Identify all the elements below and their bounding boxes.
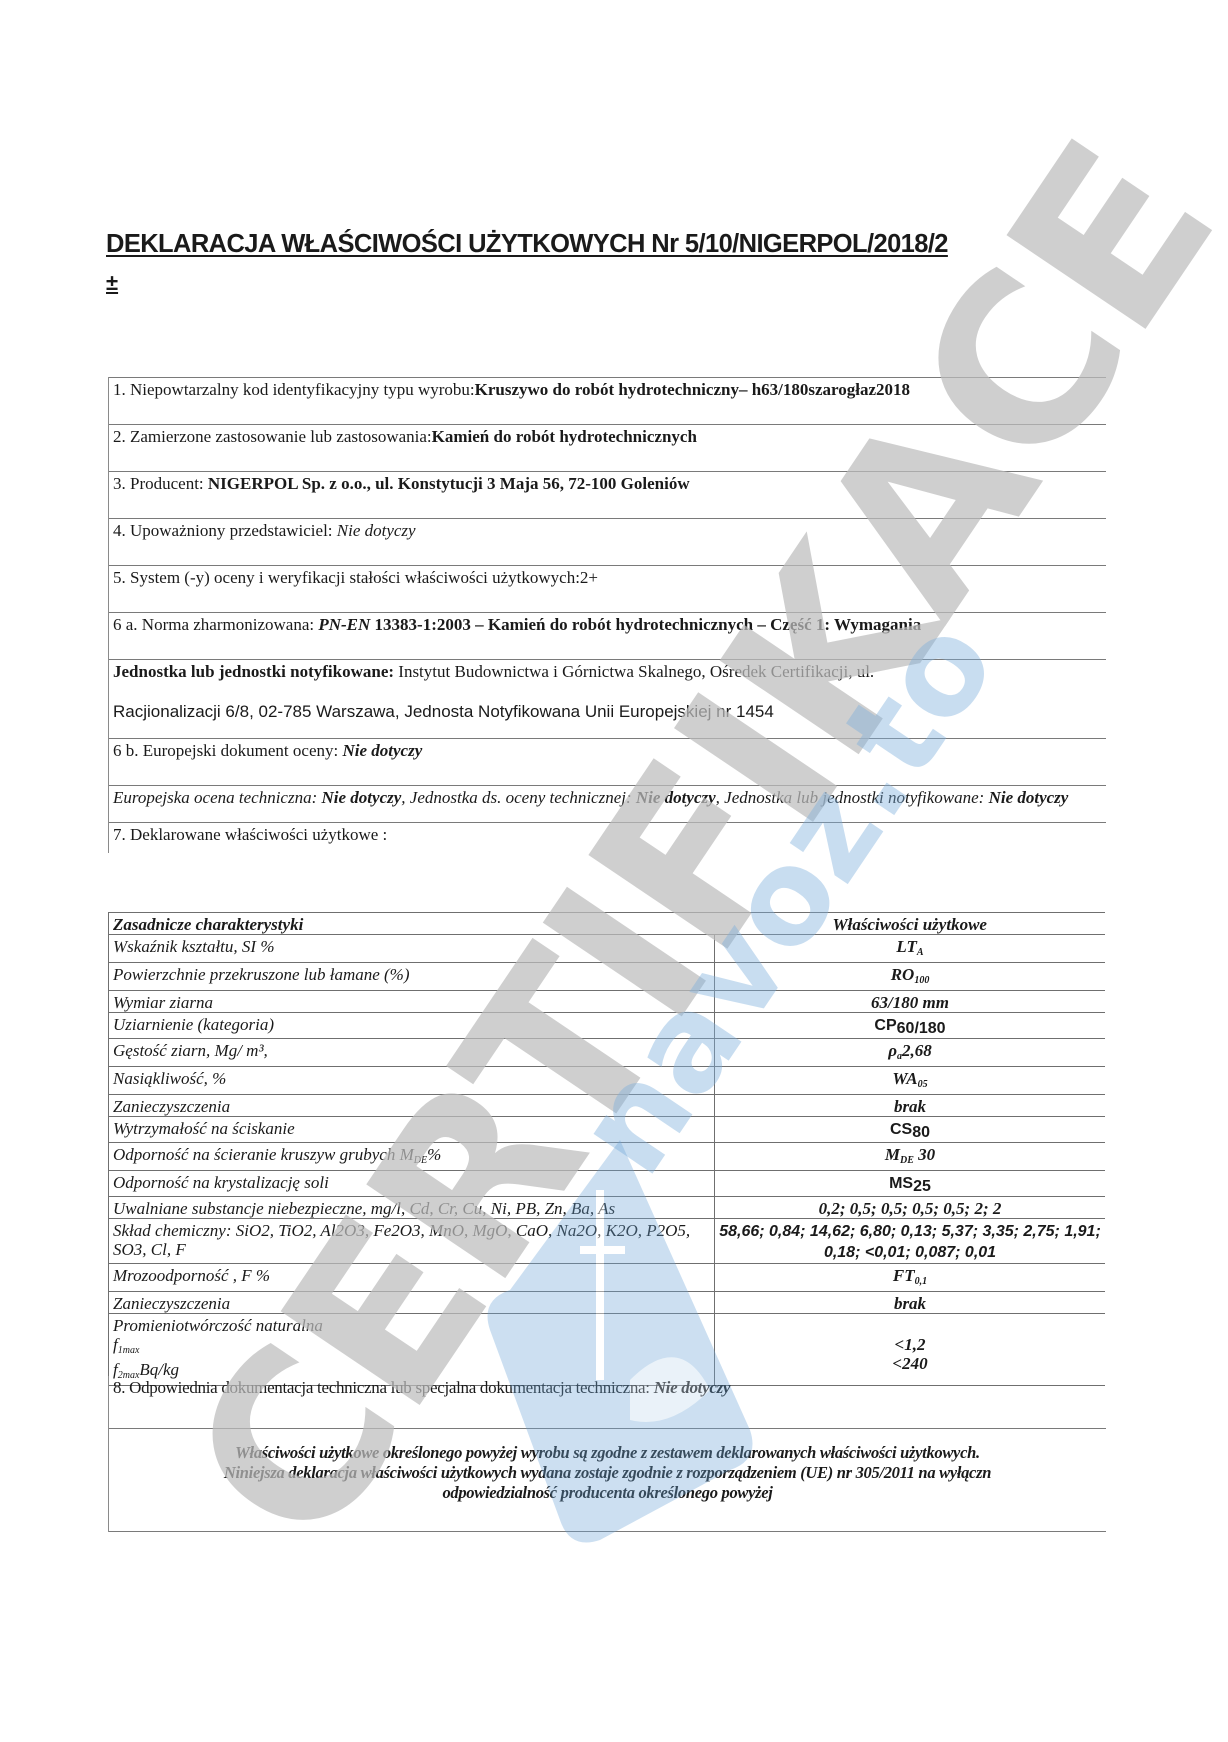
property-row-radioactivity: Promieniotwórczość naturalnaf1maxf2maxBq… xyxy=(109,1314,1106,1386)
property-name: Powierzchnie przekruszone lub łamane (%) xyxy=(109,963,715,991)
section-6b-ead: 6 b. Europejski dokument oceny: Nie doty… xyxy=(109,738,1106,785)
property-name: Zanieczyszczenia xyxy=(109,1095,715,1117)
authorised-rep-value: Nie dotyczy xyxy=(337,521,416,540)
property-name: Odporność na krystalizację soli xyxy=(109,1171,715,1197)
property-value: MDE 30 xyxy=(715,1143,1106,1171)
section-2-intended-use: 2. Zamierzone zastosowanie lub zastosowa… xyxy=(109,424,1106,471)
property-value: brak xyxy=(715,1095,1106,1117)
property-value: 58,66; 0,84; 14,62; 6,80; 0,13; 5,37; 3,… xyxy=(715,1219,1106,1264)
section-3-manufacturer: 3. Producent: NIGERPOL Sp. z o.o., ul. K… xyxy=(109,471,1106,518)
property-name: Zanieczyszczenia xyxy=(109,1292,715,1314)
property-name: Wskaźnik kształtu, SI % xyxy=(109,935,715,963)
section-6a-harmonised-standard: 6 a. Norma zharmonizowana: PN-EN 13383-1… xyxy=(109,612,1106,659)
property-name: Gęstość ziarn, Mg/ m³, xyxy=(109,1039,715,1067)
property-name: Wytrzymałość na ściskanie xyxy=(109,1117,715,1143)
section-8-and-closing: 8. Odpowiednia dokumentacja techniczna l… xyxy=(108,1376,1106,1532)
property-row: Zanieczyszczeniabrak xyxy=(109,1095,1106,1117)
property-value: CP60/180 xyxy=(715,1013,1106,1039)
notified-body: Jednostka lub jednostki notyfikowane: In… xyxy=(109,659,1106,692)
ead-value: Nie dotyczy xyxy=(342,741,422,760)
section-7-declared-performance: 7. Deklarowane właściwości użytkowe : xyxy=(109,822,1106,853)
closing-statement: Właściwości użytkowe określonego powyżej… xyxy=(109,1428,1106,1532)
property-row: Nasiąkliwość, %WA05 xyxy=(109,1067,1106,1095)
property-name: Odporność na ścieranie kruszyw grubych M… xyxy=(109,1143,715,1171)
property-value: <1,2<240 xyxy=(715,1314,1106,1386)
section-1-product-code: 1. Niepowtarzalny kod identyfikacyjny ty… xyxy=(109,377,1106,424)
property-value: 0,2; 0,5; 0,5; 0,5; 0,5; 2; 2 xyxy=(715,1197,1106,1219)
header-performance: Właściwości użytkowe xyxy=(715,913,1106,935)
property-name: Uziarnienie (kategoria) xyxy=(109,1013,715,1039)
property-value: WA05 xyxy=(715,1067,1106,1095)
property-value: 63/180 mm xyxy=(715,991,1106,1013)
avcp-system-value: 2+ xyxy=(580,568,598,587)
property-name: Mrozoodporność , F % xyxy=(109,1264,715,1292)
property-row: Gęstość ziarn, Mg/ m³,ρa2,68 xyxy=(109,1039,1106,1067)
property-row: Powierzchnie przekruszone lub łamane (%)… xyxy=(109,963,1106,991)
declaration-page: DEKLARACJA WŁAŚCIWOŚCI UŻYTKOWYCH Nr 5/1… xyxy=(0,0,1228,1742)
property-row: Wskaźnik kształtu, SI %LTA xyxy=(109,935,1106,963)
property-row: Wymiar ziarna63/180 mm xyxy=(109,991,1106,1013)
property-value: LTA xyxy=(715,935,1106,963)
harmonised-standard-value: 13383-1:2003 – Kamień do robót hydrotech… xyxy=(370,615,921,634)
property-row: Odporność na ścieranie kruszyw grubych M… xyxy=(109,1143,1106,1171)
product-code-value: Kruszywo do robót hydrotechniczny– h63/1… xyxy=(475,380,910,399)
header-characteristics: Zasadnicze charakterystyki xyxy=(109,913,715,935)
property-row: Mrozoodporność , F %FT0,1 xyxy=(109,1264,1106,1292)
property-row: Skład chemiczny: SiO2, TiO2, Al2O3, Fe2O… xyxy=(109,1219,1106,1264)
property-name: Nasiąkliwość, % xyxy=(109,1067,715,1095)
document-title: DEKLARACJA WŁAŚCIWOŚCI UŻYTKOWYCH Nr 5/1… xyxy=(106,230,948,259)
eta-section: Europejska ocena techniczna: Nie dotyczy… xyxy=(109,785,1106,822)
property-row: Uziarnienie (kategoria)CP60/180 xyxy=(109,1013,1106,1039)
property-value: FT0,1 xyxy=(715,1264,1106,1292)
section-4-authorised-rep: 4. Upoważniony przedstawiciel: Nie dotyc… xyxy=(109,518,1106,565)
property-row: Wytrzymałość na ściskanieCS80 xyxy=(109,1117,1106,1143)
property-row: Zanieczyszczeniabrak xyxy=(109,1292,1106,1314)
property-value: CS80 xyxy=(715,1117,1106,1143)
property-value: ρa2,68 xyxy=(715,1039,1106,1067)
plus-minus-mark: ± xyxy=(106,270,118,296)
notified-body-address: Racjionalizacji 6/8, 02-785 Warszawa, Je… xyxy=(109,692,1106,738)
section-8-technical-docs: 8. Odpowiednia dokumentacja techniczna l… xyxy=(109,1376,1106,1428)
property-name: Uwalniane substancje niebezpieczne, mg/l… xyxy=(109,1197,715,1219)
property-value: RO100 xyxy=(715,963,1106,991)
properties-header-row: Zasadnicze charakterystyki Właściwości u… xyxy=(109,913,1106,935)
manufacturer-value: NIGERPOL Sp. z o.o., ul. Konstytucji 3 M… xyxy=(208,474,690,493)
property-value: brak xyxy=(715,1292,1106,1314)
property-row: Odporność na krystalizację soliMS25 xyxy=(109,1171,1106,1197)
property-row: Uwalniane substancje niebezpieczne, mg/l… xyxy=(109,1197,1106,1219)
properties-table: Zasadnicze charakterystyki Właściwości u… xyxy=(108,912,1105,1386)
intended-use-value: Kamień do robót hydrotechnicznych xyxy=(432,427,697,446)
property-name: Skład chemiczny: SiO2, TiO2, Al2O3, Fe2O… xyxy=(109,1219,715,1264)
property-name: Wymiar ziarna xyxy=(109,991,715,1013)
section-5-avcp-system: 5. System (-y) oceny i weryfikacji stało… xyxy=(109,565,1106,612)
declaration-sections: 1. Niepowtarzalny kod identyfikacyjny ty… xyxy=(108,377,1106,853)
property-value: MS25 xyxy=(715,1171,1106,1197)
property-name: Promieniotwórczość naturalnaf1maxf2maxBq… xyxy=(109,1314,715,1386)
